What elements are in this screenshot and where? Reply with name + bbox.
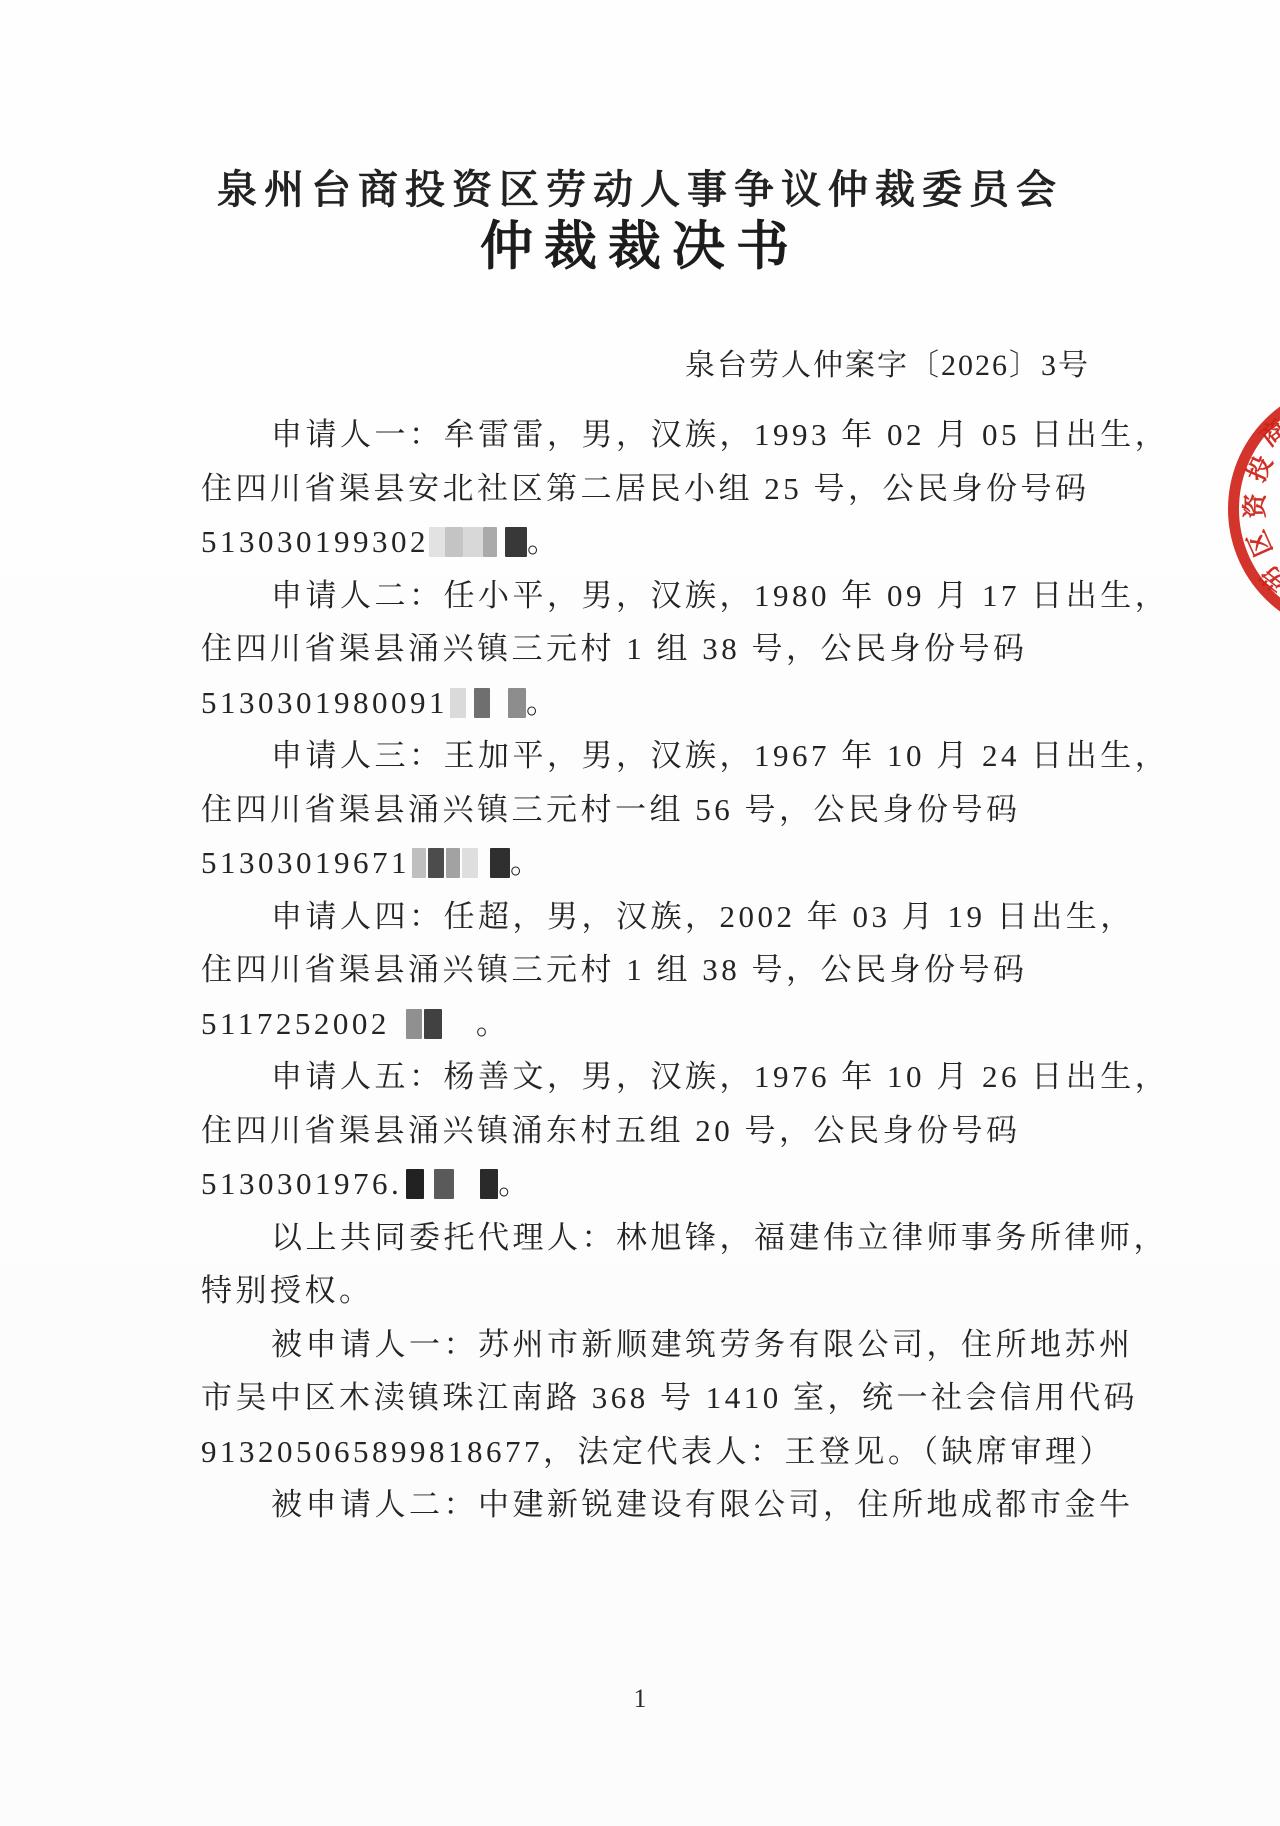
- id-number: 51303019671: [201, 845, 410, 880]
- body-line: 513030199302。: [201, 515, 1116, 569]
- body-line: 被申请人一：苏州市新顺建筑劳务有限公司，住所地苏州: [201, 1318, 1116, 1372]
- seal-character: 商: [1252, 410, 1280, 454]
- seal-ring-icon: [1228, 382, 1280, 636]
- redaction-block: [462, 848, 478, 878]
- body-line: 申请人五：杨善文，男，汉族，1976 年 10 月 26 日出生，: [201, 1050, 1116, 1104]
- seal-character: 区: [1237, 525, 1280, 562]
- document-title: 仲裁裁决书: [0, 204, 1280, 280]
- redaction-block: [406, 1169, 424, 1199]
- redaction-block: [505, 527, 527, 557]
- body-line: 被申请人二：中建新锐建设有限公司，住所地成都市金牛: [201, 1478, 1116, 1532]
- body-line: 5117252002。: [201, 997, 1116, 1051]
- body-line: 申请人一：牟雷雷，男，汉族，1993 年 02 月 05 日出生，: [201, 408, 1116, 462]
- redaction-block: [442, 1009, 476, 1039]
- body-line: 5130301980091。: [201, 676, 1116, 730]
- seal-character: 资: [1236, 493, 1272, 518]
- id-suffix: 。: [476, 1006, 511, 1041]
- redaction-block: [429, 527, 445, 557]
- id-suffix: 。: [498, 1166, 533, 1201]
- redaction-block: [480, 1169, 498, 1199]
- redaction-block: [490, 848, 510, 878]
- body-line: 申请人四：任超，男，汉族，2002 年 03 月 19 日出生，: [201, 890, 1116, 944]
- id-suffix: 。: [510, 845, 545, 880]
- redaction-block: [412, 848, 426, 878]
- id-number: 513030199302: [201, 524, 429, 559]
- document-body: 申请人一：牟雷雷，男，汉族，1993 年 02 月 05 日出生，住四川省渠县安…: [201, 408, 1116, 1532]
- case-number: 泉台劳人仲案字〔2026〕3号: [685, 340, 1090, 384]
- redaction-block: [446, 848, 460, 878]
- redaction-block: [428, 848, 444, 878]
- page-number: 1: [0, 1684, 1280, 1714]
- body-line: 住四川省渠县涌兴镇三元村一组 56 号，公民身份号码: [201, 783, 1116, 837]
- redaction-block: [406, 1009, 422, 1039]
- seal-character: 劳: [1252, 557, 1280, 601]
- redaction-block: [450, 688, 466, 718]
- redaction-block: [463, 527, 483, 557]
- body-line: 住四川省渠县安北社区第二居民小组 25 号，公民身份号码: [201, 462, 1116, 516]
- redaction-block: [508, 688, 526, 718]
- redaction-block: [474, 688, 490, 718]
- body-line: 51303019671。: [201, 836, 1116, 890]
- body-line: 5130301976.。: [201, 1157, 1116, 1211]
- document-page: 泉州台商投资区劳动人事争议仲裁委员会 仲裁裁决书 泉台劳人仲案字〔2026〕3号…: [0, 0, 1280, 1826]
- id-number: 5130301976.: [201, 1166, 402, 1201]
- redaction-block: [434, 1169, 454, 1199]
- body-line: 住四川省渠县涌兴镇涌东村五组 20 号，公民身份号码: [201, 1104, 1116, 1158]
- seal-character: 投: [1237, 449, 1280, 486]
- body-line: 市吴中区木渎镇珠江南路 368 号 1410 室，统一社会信用代码: [201, 1371, 1116, 1425]
- body-line: 申请人二：任小平，男，汉族，1980 年 09 月 17 日出生，: [201, 569, 1116, 623]
- body-line: 申请人三：王加平，男，汉族，1967 年 10 月 24 日出生，: [201, 729, 1116, 783]
- id-number: 5117252002: [201, 1006, 390, 1041]
- body-line: 以上共同委托代理人：林旭锋，福建伟立律师事务所律师，: [201, 1211, 1116, 1265]
- body-line: 特别授权。: [201, 1264, 1116, 1318]
- redaction-block: [483, 527, 497, 557]
- body-line: 住四川省渠县涌兴镇三元村 1 组 38 号，公民身份号码: [201, 622, 1116, 676]
- redaction-block: [445, 527, 463, 557]
- id-suffix: 。: [527, 524, 562, 559]
- id-suffix: 。: [526, 685, 561, 720]
- body-line: 住四川省渠县涌兴镇三元村 1 组 38 号，公民身份号码: [201, 943, 1116, 997]
- redaction-block: [424, 1009, 442, 1039]
- id-number: 5130301980091: [201, 685, 448, 720]
- body-line: 913205065899818677，法定代表人：王登见。（缺席审理）: [201, 1425, 1116, 1479]
